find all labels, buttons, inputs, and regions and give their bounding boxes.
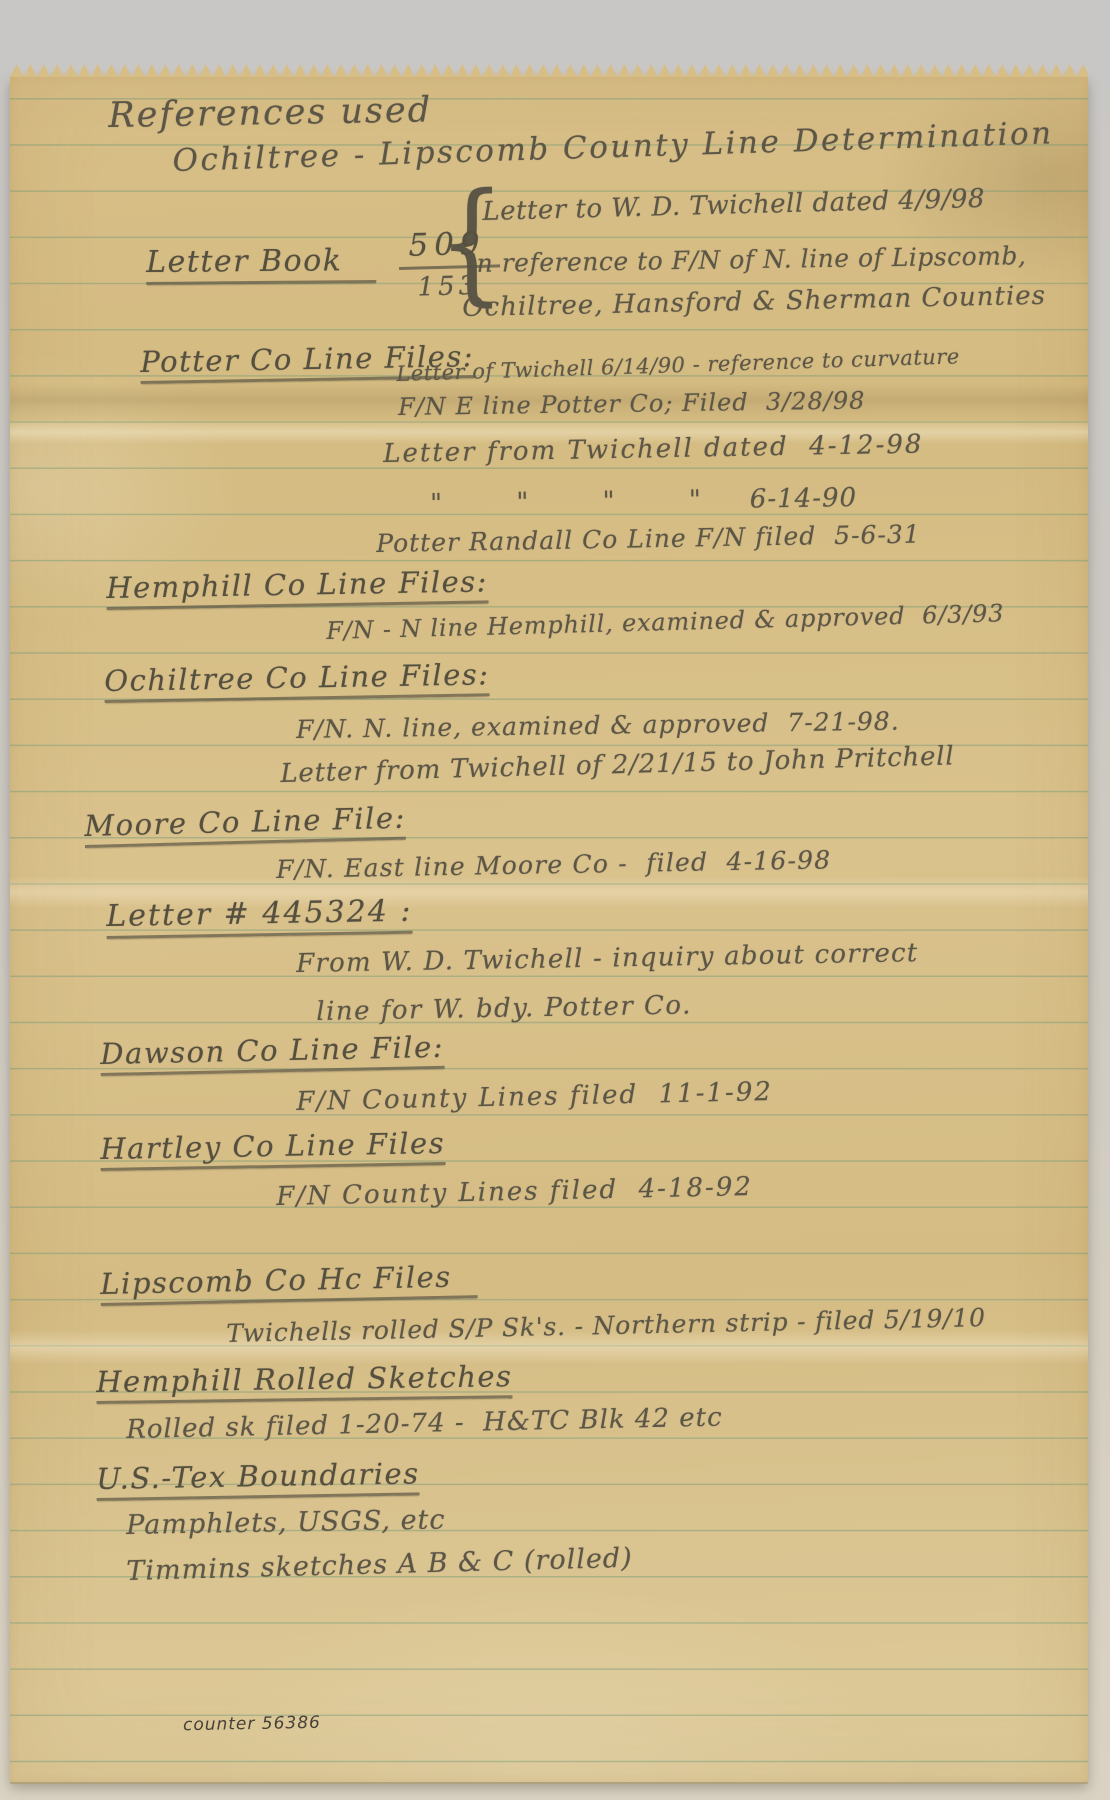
- note-line: F/N. N. line, examined & approved 7-21-9…: [296, 708, 900, 745]
- note-line: Potter Randall Co Line F/N filed 5-6-31: [376, 520, 921, 558]
- note-line: line for W. bdy. Potter Co.: [316, 991, 692, 1027]
- letter-book-note: Letter to W. D. Twichell dated 4/9/98: [482, 185, 985, 228]
- section-heading-letter-445324: Letter # 445324 :: [106, 895, 413, 935]
- handwriting-layer: References used Ochiltree - Lipscomb Cou…: [0, 0, 1110, 1800]
- note-line: From W. D. Twichell - inquiry about corr…: [296, 939, 919, 980]
- note-line: F/N. East line Moore Co - filed 4-16-98: [276, 846, 832, 884]
- letter-book-fraction: 509 153: [398, 225, 501, 303]
- letter-book-label: Letter Book: [146, 243, 377, 285]
- letter-book-note: in reference to F/N of N. line of Lipsco…: [468, 242, 1027, 279]
- note-line: F/N - N line Hemphill, examined & approv…: [326, 600, 1005, 645]
- fraction-numerator: 509: [398, 225, 500, 270]
- note-line: Twichells rolled S/P Sk's. - Northern st…: [226, 1304, 986, 1349]
- section-heading-hartley: Hartley Co Line Files: [100, 1127, 445, 1166]
- photo-background: References used Ochiltree - Lipscomb Cou…: [0, 0, 1110, 1800]
- section-heading-lipscomb: Lipscomb Co Hc Files: [100, 1260, 478, 1301]
- note-line: Pamphlets, USGS, etc: [126, 1504, 446, 1541]
- section-heading-hemphill-sketches: Hemphill Rolled Sketches: [96, 1360, 513, 1399]
- note-line: F/N County Lines filed 11-1-92: [296, 1078, 773, 1118]
- section-heading-dawson: Dawson Co Line File:: [100, 1031, 444, 1072]
- ditto-value: 6-14-90: [702, 483, 858, 515]
- letter-book-note: Ochiltree, Hansford & Sherman Counties: [462, 282, 1046, 324]
- note-line: F/N E line Potter Co; Filed 3/28/98: [398, 387, 866, 421]
- note-line: Rolled sk filed 1-20-74 - H&TC Blk 42 et…: [126, 1404, 723, 1446]
- note-line: Timmins sketches A B & C (rolled): [126, 1543, 633, 1587]
- section-heading-ochiltree: Ochiltree Co Line Files:: [104, 658, 490, 698]
- page-title: References used: [108, 90, 432, 136]
- note-line: Letter of Twichell 6/14/90 - reference t…: [396, 344, 960, 386]
- section-heading-hemphill: Hemphill Co Line Files:: [106, 565, 488, 605]
- letter-book-heading: Letter Book: [146, 244, 377, 281]
- section-heading-us-tex: U.S.-Tex Boundaries: [96, 1457, 420, 1496]
- fraction-denominator: 153: [399, 267, 501, 303]
- section-heading-moore: Moore Co Line File:: [84, 802, 406, 844]
- note-line: F/N County Lines filed 4-18-92: [276, 1173, 753, 1213]
- note-line: Letter from Twichell of 2/21/15 to John …: [280, 742, 955, 790]
- ditto-marks: " " " ": [430, 485, 702, 519]
- ditto-line: " " " "6-14-90: [430, 484, 857, 520]
- note-line: Letter from Twichell dated 4-12-98: [383, 431, 924, 470]
- counter-annotation: counter 56386: [183, 1713, 321, 1735]
